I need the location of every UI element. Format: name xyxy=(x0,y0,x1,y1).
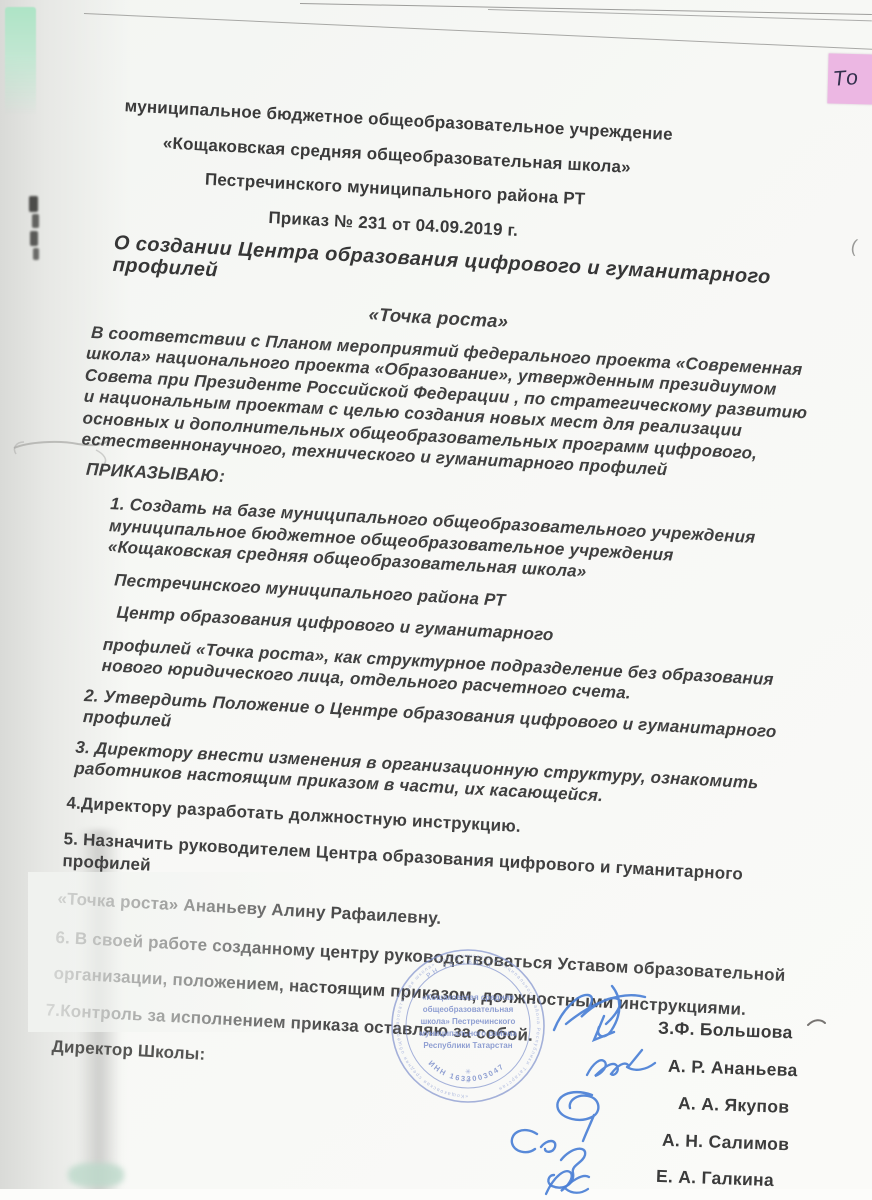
svg-text:школа» Пестречинского: школа» Пестречинского xyxy=(421,1017,516,1026)
svg-text:✳: ✳ xyxy=(465,1077,471,1085)
scan-speck: ( xyxy=(849,236,859,258)
scanner-background-spot xyxy=(68,1163,124,1187)
svg-text:общеобразовательная: общеобразовательная xyxy=(423,1005,514,1014)
signature-stroke xyxy=(538,1158,623,1200)
binder-shadow-mark xyxy=(29,196,38,212)
binder-shadow-mark xyxy=(30,231,38,246)
page-edge-line xyxy=(300,3,872,15)
stamp-center-text: «Кощаковская средняя общеобразовательная… xyxy=(419,993,517,1050)
svg-text:«Кощаковская средняя: «Кощаковская средняя xyxy=(422,993,514,1002)
page-edge-line xyxy=(84,13,872,50)
signatory-name: А. Н. Салимов xyxy=(662,1130,790,1155)
binder-shadow-mark xyxy=(33,248,39,260)
sticky-note: То xyxy=(827,53,872,104)
pen-mark xyxy=(806,1016,828,1028)
signatory-name: Е. А. Галкина xyxy=(656,1166,775,1191)
svg-text:Республики Татарстан: Республики Татарстан xyxy=(423,1041,512,1050)
sticky-note-text: То xyxy=(832,66,860,92)
scanned-document: ( То муниципальное бюджетное общеобразов… xyxy=(0,0,872,1200)
scanner-background-strip xyxy=(5,7,36,115)
svg-text:✳: ✳ xyxy=(465,1068,471,1076)
signatory-name: А. А. Якупов xyxy=(678,1093,790,1118)
svg-text:муниципального района: муниципального района xyxy=(419,1029,517,1038)
binder-shadow-mark xyxy=(32,214,39,228)
signatory-name: А. Р. Ананьева xyxy=(668,1056,798,1082)
official-stamp: РН 10216073 ИНН 1633003047 «Кощаковская … xyxy=(382,942,554,1114)
page-bottom-edge xyxy=(0,1189,872,1200)
